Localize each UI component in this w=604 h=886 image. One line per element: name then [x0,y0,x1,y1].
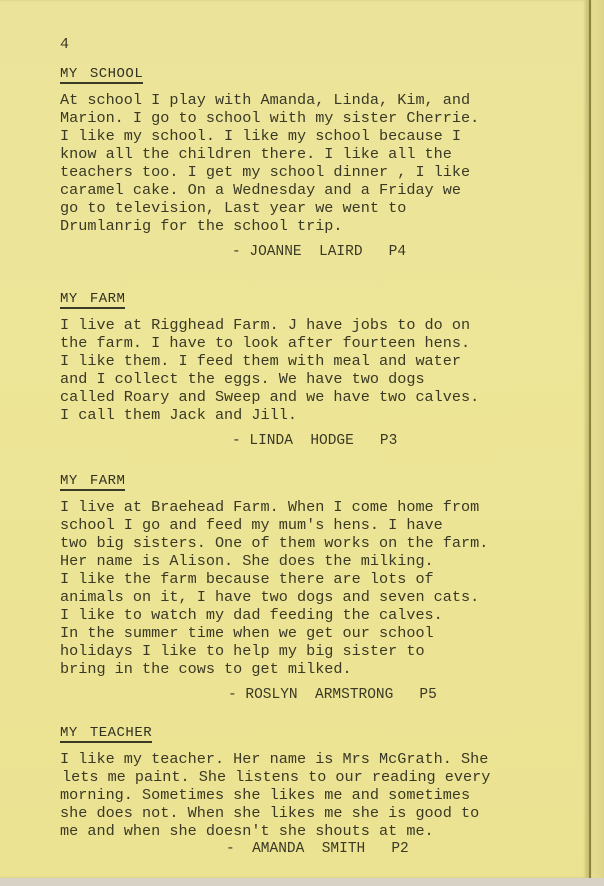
document-page: 4 MYSCHOOL At school I play with Amanda,… [0,0,588,878]
text-line: Marion. I go to school with my sister Ch… [60,109,580,127]
text-line: two big sisters. One of them works on th… [60,534,580,552]
text-line: I like them. I feed them with meal and w… [60,352,580,370]
text-line: I call them Jack and Jill. [60,406,580,424]
text-line: I like the farm because there are lots o… [60,570,580,588]
page-number: 4 [60,36,69,53]
essay-heading: MYSCHOOL [60,66,143,84]
text-line: and I collect the eggs. We have two dogs [60,370,580,388]
essay-my-school: MYSCHOOL At school I play with Amanda, L… [60,64,580,261]
essay-my-farm-linda: MYFARM I live at Rigghead Farm. J have j… [60,289,580,450]
heading-word: FARM [90,473,126,489]
text-line: morning. Sometimes she likes me and some… [60,786,580,804]
text-line: In the summer time when we get our schoo… [60,624,580,642]
heading-word: FARM [90,291,126,307]
text-line: the farm. I have to look after fourteen … [60,334,580,352]
text-line: I live at Rigghead Farm. J have jobs to … [60,316,580,334]
heading-word: MY [60,66,78,82]
text-line: caramel cake. On a Wednesday and a Frida… [60,181,580,199]
author-signature: - AMANDA SMITH P2 [226,840,580,858]
text-line: animals on it, I have two dogs and seven… [60,588,580,606]
essay-my-farm-roslyn: MYFARM I live at Braehead Farm. When I c… [60,471,580,704]
table-surface [0,878,604,886]
author-signature: - ROSLYN ARMSTRONG P5 [228,686,580,704]
heading-word: MY [60,725,78,741]
essay-body: At school I play with Amanda, Linda, Kim… [60,91,580,235]
text-line: I live at Braehead Farm. When I come hom… [60,498,580,516]
text-line: holidays I like to help my big sister to [60,642,580,660]
heading-word: SCHOOL [90,66,143,82]
essay-body: I live at Rigghead Farm. J have jobs to … [60,316,580,424]
binding-edge [589,0,591,886]
essay-heading: MYTEACHER [60,725,152,743]
text-line: I like to watch my dad feeding the calve… [60,606,580,624]
essay-heading: MYFARM [60,473,125,491]
text-line: called Roary and Sweep and we have two c… [60,388,580,406]
text-line: she does not. When she likes me she is g… [60,804,580,822]
text-line: At school I play with Amanda, Linda, Kim… [60,91,580,109]
text-line: Drumlanrig for the school trip. [60,217,580,235]
text-line: know all the children there. I like all … [60,145,580,163]
text-line: I like my teacher. Her name is Mrs McGra… [60,750,580,768]
author-signature: - JOANNE LAIRD P4 [232,243,580,261]
essay-my-teacher: MYTEACHER I like my teacher. Her name is… [60,723,580,858]
text-line: go to television, Last year we went to [60,199,580,217]
essay-body: I like my teacher. Her name is Mrs McGra… [60,750,580,840]
text-line: lets me paint. She listens to our readin… [62,768,580,786]
heading-word: TEACHER [90,725,152,741]
text-line: Her name is Alison. She does the milking… [60,552,580,570]
text-line: bring in the cows to get milked. [60,660,580,678]
essay-heading: MYFARM [60,291,125,309]
text-line: I like my school. I like my school becau… [60,127,580,145]
text-line: school I go and feed my mum's hens. I ha… [60,516,580,534]
text-line: me and when she doesn't she shouts at me… [60,822,580,840]
essay-body: I live at Braehead Farm. When I come hom… [60,498,580,678]
author-signature: - LINDA HODGE P3 [232,432,580,450]
heading-word: MY [60,473,78,489]
text-line: teachers too. I get my school dinner , I… [60,163,580,181]
heading-word: MY [60,291,78,307]
